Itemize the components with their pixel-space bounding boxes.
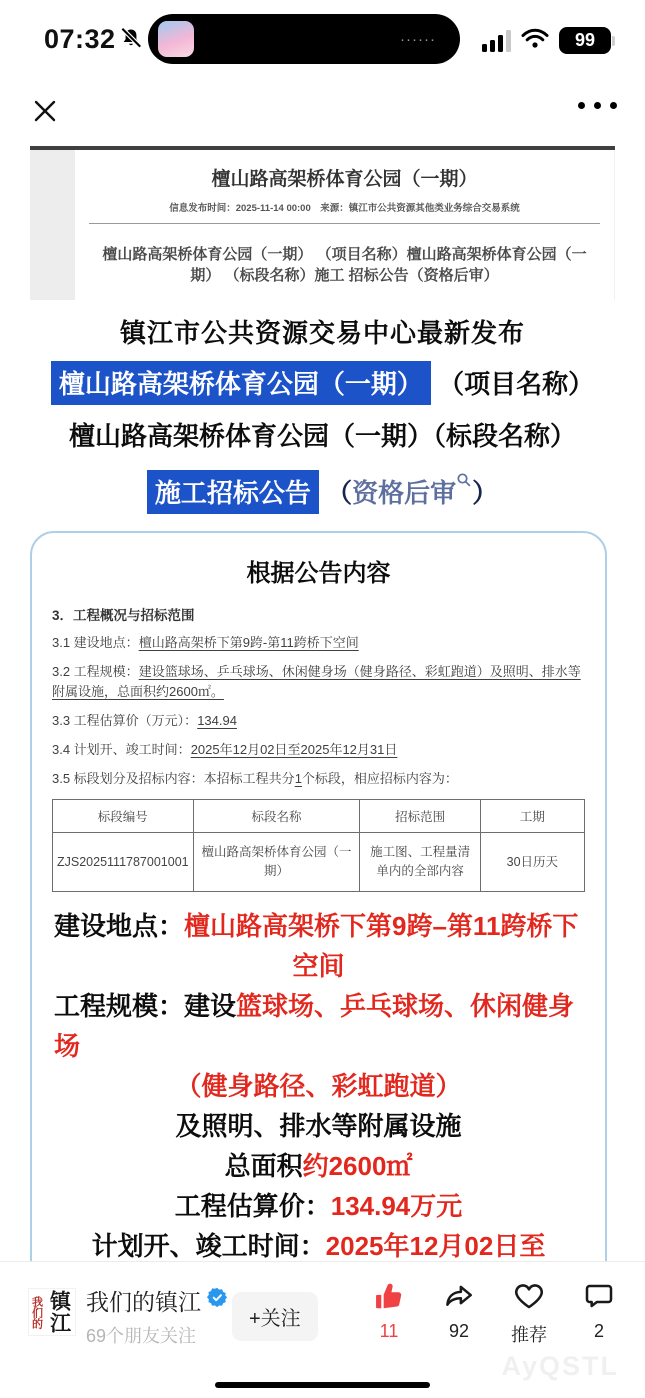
mute-bell-icon — [118, 26, 144, 57]
summary-line: 建设地点：檀山路高架桥下第9跨–第11跨桥下 — [52, 906, 585, 946]
notice-item-3-2: 3.2 工程规模：建设篮球场、乒乓球场、休闲健身场（健身路径、彩虹跑道）及照明、… — [52, 662, 585, 702]
account-name: 我们的镇江 — [86, 1284, 201, 1317]
headline-notice-line: 施工招标公告 （资格后审） — [30, 464, 615, 514]
cell-scope: 施工图、工程量清单内的全部内容 — [360, 833, 480, 892]
headline-section-line: 檀山路高架桥体育公园（一期）（标段名称） — [30, 416, 615, 453]
notice-section-heading: 3．工程概况与招标范围 — [52, 604, 585, 624]
col-header-code: 标段编号 — [53, 800, 194, 833]
close-icon[interactable] — [28, 94, 62, 128]
notice-box-title: 根据公告内容 — [52, 553, 585, 588]
cell-duration: 30日历天 — [480, 833, 584, 892]
notice-item-3-5: 3.5 标段划分及招标内容：本招标工程共分1个标段，相应招标内容为： — [52, 769, 585, 789]
notice-item-3-1: 3.1 建设地点：檀山路高架桥下第9跨-第11跨桥下空间 — [52, 633, 585, 653]
recommend-label: 推荐 — [511, 1321, 547, 1347]
battery-indicator: 99 — [559, 27, 615, 54]
qualify-method: 资格后审 — [352, 478, 456, 508]
col-header-duration: 工期 — [480, 800, 584, 833]
cell-code: ZJS2025111787001001 — [53, 833, 194, 892]
clock: 07:32 — [44, 24, 116, 55]
cell-name: 檀山路高架桥体育公园（一期） — [193, 833, 360, 892]
comment-count: 2 — [594, 1321, 604, 1342]
project-name-highlight: 檀山路高架桥体育公园（一期） — [51, 361, 431, 405]
battery-level: 99 — [559, 27, 611, 54]
pill-dots: ······ — [400, 31, 436, 48]
battery-nub — [612, 36, 615, 46]
home-indicator[interactable] — [215, 1382, 430, 1388]
post-footer-bar: 我们的 镇江 我们的镇江 69个朋友关注 +关注 11 — [0, 1261, 645, 1398]
capture-summary: 檀山路高架桥体育公园（一期） （项目名称）檀山路高架桥体育公园（一期） （标段名… — [87, 244, 602, 286]
dynamic-island-pill[interactable]: ······ — [148, 14, 460, 64]
summary-line: （健身路径、彩虹跑道） — [52, 1066, 585, 1106]
followers-count: 69个朋友关注 — [86, 1322, 228, 1348]
summary-line: 工程估算价：134.94万元 — [52, 1186, 585, 1226]
col-header-name: 标段名称 — [193, 800, 360, 833]
capture-divider — [89, 223, 600, 224]
action-bar: 11 92 推荐 2 — [369, 1280, 619, 1347]
notice-item-3-3: 3.3 工程估算价（万元）：134.94 — [52, 711, 585, 731]
qualify-open-paren: （ — [326, 478, 352, 508]
summary-line: 计划开、竣工时间：2025年12月02日至 — [52, 1226, 585, 1266]
status-bar: 07:32 ······ 99 — [0, 0, 645, 80]
summary-line: 工程规模：建设篮球场、乒乓球场、休闲健身场 — [52, 986, 585, 1066]
like-count: 11 — [380, 1321, 399, 1342]
notice-item-3-4: 3.4 计划开、竣工时间：2025年12月02日至2025年12月31日 — [52, 740, 585, 760]
share-count: 92 — [449, 1321, 469, 1342]
tender-table-header-row: 标段编号 标段名称 招标范围 工期 — [53, 800, 585, 833]
capture-meta: 信息发布时间：2025-11-14 00:00 来源：镇江市公共资源其他类业务综… — [87, 200, 602, 214]
status-indicators: 99 — [482, 26, 615, 55]
tender-table: 标段编号 标段名称 招标范围 工期 ZJS2025111787001001 檀山… — [52, 799, 585, 892]
notification-app-icon — [158, 21, 194, 57]
qualify-close-paren: ） — [472, 478, 498, 508]
summary-line: 及照明、排水等附属设施 — [52, 1106, 585, 1146]
magnifier-icon — [456, 464, 472, 494]
more-options-icon[interactable] — [578, 102, 617, 109]
col-header-scope: 招标范围 — [360, 800, 480, 833]
follow-button[interactable]: +关注 — [232, 1292, 318, 1341]
wifi-icon — [520, 26, 550, 55]
comment-bubble-icon — [583, 1280, 615, 1317]
recommend-button[interactable]: 推荐 — [509, 1280, 549, 1347]
tender-table-row: ZJS2025111787001001 檀山路高架桥体育公园（一期） 施工图、工… — [53, 833, 585, 892]
thumb-up-icon — [373, 1280, 405, 1317]
post-image[interactable]: 檀山路高架桥体育公园（一期） 信息发布时间：2025-11-14 00:00 来… — [30, 146, 615, 1368]
account-info[interactable]: 我们的镇江 69个朋友关注 — [86, 1284, 228, 1348]
project-name-suffix: （项目名称） — [438, 369, 594, 399]
summary-line: 总面积约2600㎡ — [52, 1146, 585, 1186]
verified-badge-icon — [207, 1287, 228, 1314]
cellular-signal-icon — [482, 30, 511, 52]
comment-button[interactable]: 2 — [579, 1280, 619, 1347]
heart-icon — [513, 1280, 545, 1317]
headline-project-line: 檀山路高架桥体育公园（一期） （项目名称） — [30, 361, 615, 405]
headline-publisher: 镇江市公共资源交易中心最新发布 — [30, 313, 615, 350]
share-arrow-icon — [443, 1280, 475, 1317]
webpage-capture: 檀山路高架桥体育公园（一期） 信息发布时间：2025-11-14 00:00 来… — [30, 146, 615, 300]
notice-content-box: 根据公告内容 3．工程概况与招标范围 3.1 建设地点：檀山路高架桥下第9跨-第… — [30, 531, 607, 1368]
avatar-text-small: 我们的 — [31, 1296, 43, 1329]
like-button[interactable]: 11 — [369, 1280, 409, 1347]
avatar-text-big: 镇江 — [44, 1290, 74, 1334]
notice-type-highlight: 施工招标公告 — [147, 470, 319, 514]
avatar[interactable]: 我们的 镇江 — [28, 1288, 76, 1336]
top-nav — [0, 88, 645, 136]
capture-left-margin — [30, 150, 75, 300]
watermark: AyQSTL — [501, 1351, 619, 1382]
capture-title: 檀山路高架桥体育公园（一期） — [87, 164, 602, 191]
headline-block: 镇江市公共资源交易中心最新发布 檀山路高架桥体育公园（一期） （项目名称） 檀山… — [30, 313, 615, 514]
share-button[interactable]: 92 — [439, 1280, 479, 1347]
summary-line: 空间 — [52, 946, 585, 986]
